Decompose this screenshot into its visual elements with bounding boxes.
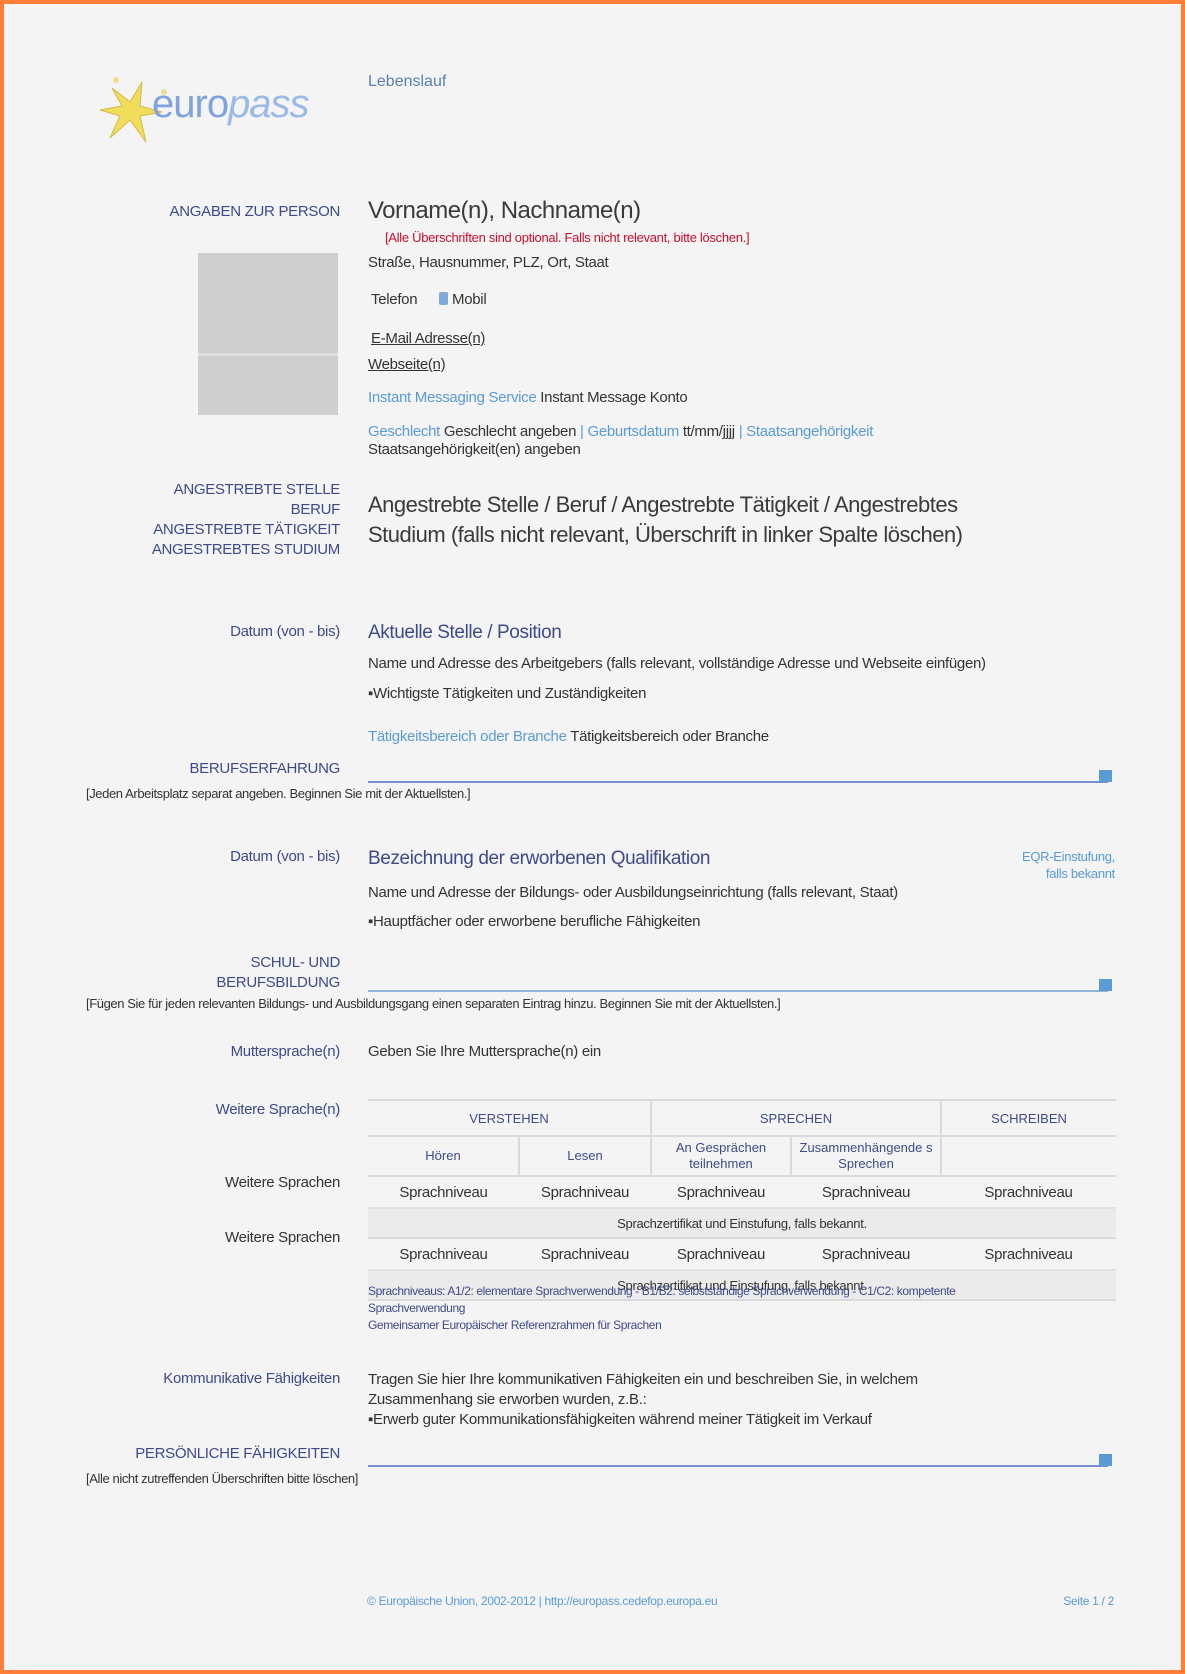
mother-tongue-value: Geben Sie Ihre Muttersprache(n) ein xyxy=(368,1043,601,1060)
mobile-label: Mobil xyxy=(452,291,486,308)
education-bullet: ▪Hauptfächer oder erworbene berufliche F… xyxy=(368,913,700,930)
level-cell[interactable]: Sprachniveau xyxy=(519,1238,651,1270)
label-target-position: ANGESTREBTE STELLE xyxy=(152,480,340,500)
section-divider-marker xyxy=(1099,979,1112,991)
nationality-label: Staatsangehörigkeit xyxy=(746,423,873,440)
eqr-line2: falls bekannt xyxy=(1022,865,1115,882)
nationality-value: Staatsangehörigkeit(en) angeben xyxy=(368,441,581,458)
person-name: Vorname(n), Nachname(n) xyxy=(368,197,641,225)
experience-date-label: Datum (von - bis) xyxy=(230,623,340,640)
im-label: Instant Messaging Service xyxy=(368,389,536,406)
group-speaking: SPRECHEN xyxy=(651,1100,941,1136)
level-cell[interactable]: Sprachniveau xyxy=(651,1176,791,1208)
personal-details: Geschlecht Geschlecht angeben | Geburtsd… xyxy=(368,423,968,459)
website-link[interactable]: Webseite(n) xyxy=(368,356,445,373)
label-target-job: BERUF xyxy=(152,500,340,520)
comm-bullet: ▪Erwerb guter Kommunikationsfähigkeiten … xyxy=(368,1410,1108,1430)
sub-interaction: An Gesprächen teilnehmen xyxy=(651,1136,791,1176)
level-cell[interactable]: Sprachniveau xyxy=(519,1176,651,1208)
label-education-line1: SCHUL- UND xyxy=(216,953,340,973)
birth-label: Geburtsdatum xyxy=(587,423,678,440)
footer-page-number: Seite 1 / 2 xyxy=(1063,1594,1114,1608)
group-writing: SCHREIBEN xyxy=(941,1100,1116,1136)
sub-listening: Hören xyxy=(368,1136,519,1176)
im-value: Instant Message Konto xyxy=(540,389,687,406)
section-divider-marker xyxy=(1099,1454,1112,1466)
level-cell[interactable]: Sprachniveau xyxy=(368,1176,519,1208)
comm-line2: Zusammenhang sie erworben wurden, z.B.: xyxy=(368,1390,1108,1410)
legend-line1: Sprachniveaus: A1/2: elementare Sprachve… xyxy=(368,1283,1118,1300)
group-understanding: VERSTEHEN xyxy=(368,1100,651,1136)
footer-copyright[interactable]: © Europäische Union, 2002-2012 | http://… xyxy=(367,1594,717,1608)
sub-writing xyxy=(941,1136,1116,1176)
skills-note: [Alle nicht zutreffenden Überschriften b… xyxy=(86,1471,358,1486)
education-date-label: Datum (von - bis) xyxy=(230,848,340,865)
level-cell[interactable]: Sprachniveau xyxy=(791,1238,941,1270)
logo-text-pass: pass xyxy=(228,82,309,126)
language-row: Sprachniveau Sprachniveau Sprachniveau S… xyxy=(368,1176,1116,1208)
sub-production: Zusammenhängende s Sprechen xyxy=(791,1136,941,1176)
phone-row: Telefon Mobil xyxy=(371,291,486,308)
language-row: Sprachniveau Sprachniveau Sprachniveau S… xyxy=(368,1238,1116,1270)
language-row-label: Weitere Sprachen xyxy=(225,1174,340,1191)
birth-value: tt/mm/jjjj xyxy=(683,423,735,440)
phone-label: Telefon xyxy=(371,291,417,308)
label-target-activity: ANGESTREBTE TÄTIGKEIT xyxy=(152,520,340,540)
photo-placeholder[interactable] xyxy=(198,253,338,415)
education-institution: Name und Adresse der Bildungs- oder Ausb… xyxy=(368,884,898,901)
cefr-link[interactable]: Gemeinsamer Europäischer Referenzrahmen … xyxy=(368,1317,1118,1334)
section-label-personal: ANGABEN ZUR PERSON xyxy=(170,203,340,220)
legend-line2: Sprachverwendung xyxy=(368,1300,1118,1317)
experience-sector: Tätigkeitsbereich oder Branche Tätigkeit… xyxy=(368,728,769,745)
label-target-study: ANGESTREBTES STUDIUM xyxy=(152,540,340,560)
level-cell[interactable]: Sprachniveau xyxy=(941,1238,1116,1270)
section-label-experience: BERUFSERFAHRUNG xyxy=(189,760,340,777)
other-languages-label: Weitere Sprache(n) xyxy=(216,1101,340,1118)
communication-skills-label: Kommunikative Fähigkeiten xyxy=(163,1370,340,1387)
language-table: VERSTEHEN SPRECHEN SCHREIBEN Hören Lesen… xyxy=(368,1099,1116,1301)
section-label-target: ANGESTREBTE STELLE BERUF ANGESTREBTE TÄT… xyxy=(152,480,340,560)
mother-tongue-label: Muttersprache(n) xyxy=(231,1043,340,1060)
document-type: Lebenslauf xyxy=(368,73,446,91)
level-cell[interactable]: Sprachniveau xyxy=(791,1176,941,1208)
section-divider-skills xyxy=(368,1465,1108,1467)
sector-value: Tätigkeitsbereich oder Branche xyxy=(570,728,769,745)
level-cell[interactable]: Sprachniveau xyxy=(941,1176,1116,1208)
experience-employer: Name und Adresse des Arbeitgebers (falls… xyxy=(368,655,986,672)
comm-line1: Tragen Sie hier Ihre kommunikativen Fähi… xyxy=(368,1370,1108,1390)
optional-headings-hint: [Alle Überschriften sind optional. Falls… xyxy=(385,230,749,245)
europass-logo: europass xyxy=(92,68,352,148)
label-education-line2: BERUFSBILDUNG xyxy=(216,973,340,993)
section-divider-experience xyxy=(368,781,1108,783)
im-row: Instant Messaging Service Instant Messag… xyxy=(368,389,687,406)
level-cell[interactable]: Sprachniveau xyxy=(651,1238,791,1270)
separator: | xyxy=(739,423,743,440)
section-label-personal-skills: PERSÖNLICHE FÄHIGKEITEN xyxy=(135,1445,340,1462)
sector-label: Tätigkeitsbereich oder Branche xyxy=(368,728,567,745)
gender-value: Geschlecht angeben xyxy=(444,423,576,440)
education-title: Bezeichnung der erworbenen Qualifikation xyxy=(368,848,710,870)
language-row-label: Weitere Sprachen xyxy=(225,1229,340,1246)
eqr-line1: EQR-Einstufung, xyxy=(1022,848,1115,865)
experience-note: [Jeden Arbeitsplatz separat angeben. Beg… xyxy=(86,786,470,801)
mobile-phone-icon xyxy=(439,292,448,305)
address: Straße, Hausnummer, PLZ, Ort, Staat xyxy=(368,254,608,271)
target-text: Angestrebte Stelle / Beruf / Angestrebte… xyxy=(368,490,963,550)
language-level-legend: Sprachniveaus: A1/2: elementare Sprachve… xyxy=(368,1283,1118,1334)
experience-title: Aktuelle Stelle / Position xyxy=(368,622,561,644)
gender-label: Geschlecht xyxy=(368,423,440,440)
level-cell[interactable]: Sprachniveau xyxy=(368,1238,519,1270)
education-note: [Fügen Sie für jeden relevanten Bildungs… xyxy=(86,996,780,1011)
eqr-level: EQR-Einstufung, falls bekannt xyxy=(1022,848,1115,882)
section-divider-marker xyxy=(1099,770,1112,782)
section-label-education: SCHUL- UND BERUFSBILDUNG xyxy=(216,953,340,993)
experience-bullet: ▪Wichtigste Tätigkeiten und Zuständigkei… xyxy=(368,685,646,702)
certificate-cell[interactable]: Sprachzertifikat und Einstufung, falls b… xyxy=(368,1208,1116,1238)
target-text-line2: Studium (falls nicht relevant, Überschri… xyxy=(368,520,963,550)
separator: | xyxy=(580,423,584,440)
communication-skills-text: Tragen Sie hier Ihre kommunikativen Fähi… xyxy=(368,1370,1108,1430)
email-link[interactable]: E-Mail Adresse(n) xyxy=(371,330,485,347)
target-text-line1: Angestrebte Stelle / Beruf / Angestrebte… xyxy=(368,490,963,520)
logo-text-euro: euro xyxy=(152,82,228,126)
section-divider-education xyxy=(368,990,1108,992)
sub-reading: Lesen xyxy=(519,1136,651,1176)
